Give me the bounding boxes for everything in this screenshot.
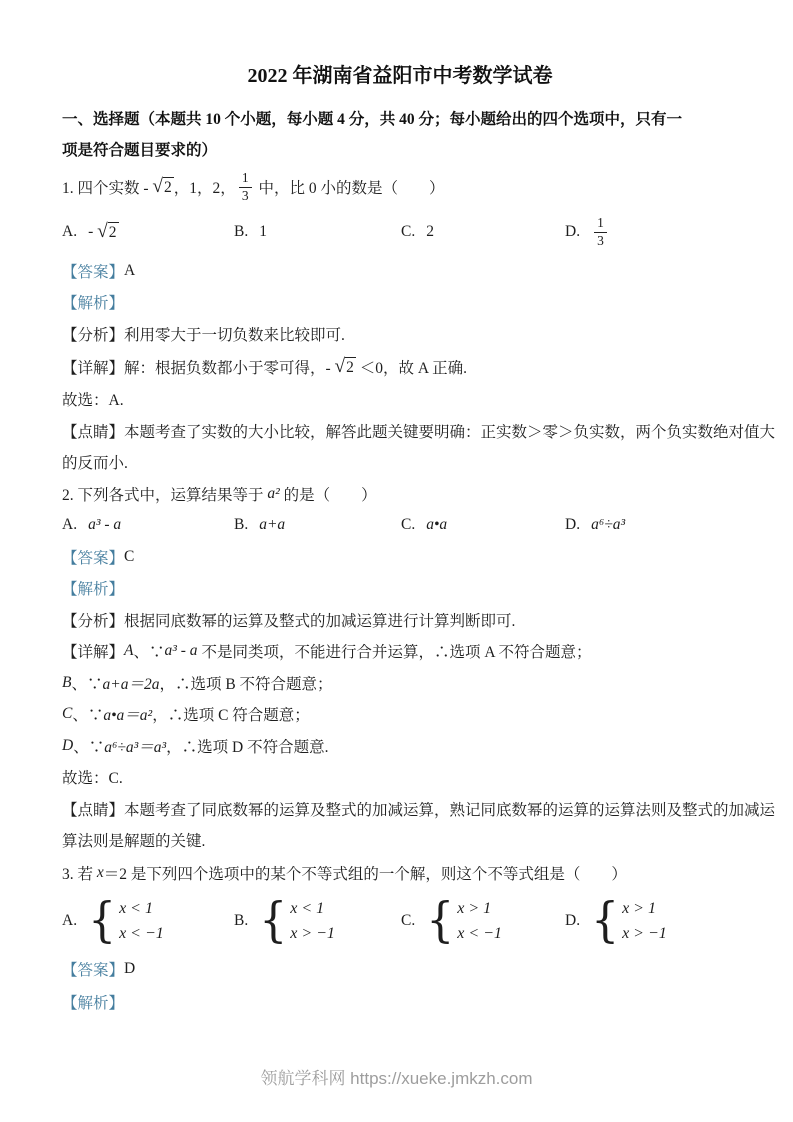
option-label: C. xyxy=(401,912,415,930)
text-span: 的是（ ） xyxy=(280,483,377,505)
text-span: 、∵ xyxy=(72,703,103,725)
text-span: D xyxy=(124,960,135,978)
brace-icon: { xyxy=(259,900,287,943)
radicand: 2 xyxy=(345,357,356,377)
watermark-footer: 领航学科网 https://xueke.jmkzh.com xyxy=(0,1064,793,1089)
option-c: C.{x > 1x < −1 xyxy=(401,896,565,946)
inequality-system: {x > 1x > −1 xyxy=(591,896,667,946)
section-heading-line-1: 一、选择题（本题共 10 个小题，每小题 4 分，共 40 分；每小题给出的四个… xyxy=(62,102,738,134)
option-b: B.a+a xyxy=(234,516,401,534)
text-span: 【分析】根据同底数幂的运算及整式的加减运算进行计算判断即可. xyxy=(62,609,515,631)
math-expression: x xyxy=(97,864,104,882)
sqrt-expression: √2 xyxy=(97,222,118,242)
inequality-row: x < −1 xyxy=(457,921,502,946)
answer-tag: 【答案】 xyxy=(62,958,124,980)
text-span: A xyxy=(124,262,135,280)
answer-tag: 【解析】 xyxy=(62,291,124,313)
math-expression: a⁶÷a³＝a³ xyxy=(104,735,166,757)
fraction-denominator: 3 xyxy=(239,187,252,203)
radical-sign: √ xyxy=(152,177,163,196)
text-span: 算法则是解题的关键. xyxy=(62,829,205,851)
brace-icon: { xyxy=(426,900,454,943)
q2-note-line-2: 算法则是解题的关键. xyxy=(62,825,738,857)
fraction-numerator: 1 xyxy=(594,216,607,231)
text-span: 、∵ xyxy=(71,672,102,694)
math-expression: D xyxy=(62,737,73,755)
inequality-row: x > −1 xyxy=(290,921,335,946)
option-label: A. xyxy=(62,516,77,534)
option-a: A.a³ - a xyxy=(62,516,234,534)
q2-answer-line: 【答案】C xyxy=(62,541,738,573)
brace-icon: { xyxy=(88,900,116,943)
option-c: C.a•a xyxy=(401,516,565,534)
system-rows: x < 1x > −1 xyxy=(290,896,335,946)
text-span: ，∴选项 D 不符合题意. xyxy=(166,735,328,757)
text-span: 项是符合题目要求的） xyxy=(62,138,217,160)
sqrt-expression: √2 xyxy=(335,357,356,377)
inequality-system: {x < 1x > −1 xyxy=(259,896,335,946)
watermark-text: 领航学科网 https://xueke.jmkzh.com xyxy=(260,1069,532,1088)
math-expression: a•a xyxy=(426,516,447,534)
q2-note-line-1: 【点睛】本题考查了同底数幂的运算及整式的加减运算，熟记同底数幂的运算的运算法则及… xyxy=(62,793,738,825)
inequality-row: x > 1 xyxy=(457,896,502,921)
text-span: 故选：C. xyxy=(62,766,123,788)
math-expression: a³ - a xyxy=(88,516,121,534)
math-expression: A xyxy=(124,642,133,660)
text-span: 、∵ xyxy=(133,640,164,662)
brace-icon: { xyxy=(591,900,619,943)
system-rows: x > 1x < −1 xyxy=(457,896,502,946)
question-2-stem: 2. 下列各式中，运算结果等于 a² 的是（ ） xyxy=(62,478,738,510)
q1-detail-line: 【详解】解：根据负数都小于零可得，- √2 ＜0，故 A 正确. xyxy=(62,350,738,384)
system-rows: x > 1x > −1 xyxy=(622,896,667,946)
option-label: B. xyxy=(234,223,248,241)
text-span: 2 xyxy=(426,223,434,241)
text-span: ＜0，故 A 正确. xyxy=(356,356,467,378)
option-d: D.a⁶÷a³ xyxy=(565,516,625,534)
radicand: 2 xyxy=(108,222,119,242)
math-expression: a•a＝a² xyxy=(103,703,152,725)
text-span: C xyxy=(124,548,134,566)
radicand: 2 xyxy=(163,177,174,197)
answer-tag: 【解析】 xyxy=(62,991,124,1013)
text-span: 2. 下列各式中，运算结果等于 xyxy=(62,483,267,505)
option-label: B. xyxy=(234,516,248,534)
q1-analysis-tag-line: 【解析】 xyxy=(62,287,738,319)
q2-detail-line-a: 【详解】A、∵a³ - a 不是同类项，不能进行合并运算，∴选项 A 不符合题意… xyxy=(62,636,738,668)
question-2-options: A.a³ - aB.a+aC.a•aD.a⁶÷a³ xyxy=(62,510,738,542)
option-d: D.{x > 1x > −1 xyxy=(565,896,667,946)
option-d: D.13 xyxy=(565,216,610,247)
fraction: 13 xyxy=(594,216,607,247)
q1-note-line-2: 的反而小. xyxy=(62,447,738,479)
text-span: 一、选择题（本题共 10 个小题，每小题 4 分，共 40 分；每小题给出的四个… xyxy=(62,107,682,129)
text-span: 中，比 0 小的数是（ ） xyxy=(255,176,445,198)
text-span: 【点睛】本题考查了实数的大小比较，解答此题关键要明确：正实数＞零＞负实数，两个负… xyxy=(62,420,775,442)
page-title: 2022 年湖南省益阳市中考数学试卷 xyxy=(62,64,738,88)
text-span: 【分析】利用零大于一切负数来比较即可. xyxy=(62,323,345,345)
option-a: A.- √2 xyxy=(62,222,234,242)
math-expression: C xyxy=(62,705,72,723)
answer-tag: 【解析】 xyxy=(62,577,124,599)
inequality-system: {x > 1x < −1 xyxy=(426,896,502,946)
inequality-row: x > −1 xyxy=(622,921,667,946)
q1-conclusion-line: 故选：A. xyxy=(62,384,738,416)
question-3-options: A.{x < 1x < −1B.{x < 1x > −1C.{x > 1x < … xyxy=(62,890,738,952)
math-expression: a+a＝2a xyxy=(102,672,159,694)
option-label: D. xyxy=(565,223,580,241)
option-b: B.1 xyxy=(234,223,401,241)
option-c: C.2 xyxy=(401,223,565,241)
text-span: 1 xyxy=(259,223,267,241)
q2-analysis-tag-line: 【解析】 xyxy=(62,573,738,605)
option-a: A.{x < 1x < −1 xyxy=(62,896,234,946)
document-body: 一、选择题（本题共 10 个小题，每小题 4 分，共 40 分；每小题给出的四个… xyxy=(62,102,738,1018)
text-span: 1. 四个实数 - xyxy=(62,176,152,198)
q1-answer-line: 【答案】A xyxy=(62,255,738,287)
answer-tag: 【答案】 xyxy=(62,260,124,282)
math-expression: a³ - a xyxy=(165,642,198,660)
section-heading-line-2: 项是符合题目要求的） xyxy=(62,134,738,166)
option-label: B. xyxy=(234,912,248,930)
text-span: 【详解】 xyxy=(62,640,124,662)
text-span: 故选：A. xyxy=(62,388,124,410)
question-3-stem: 3. 若 x＝2 是下列四个选项中的某个不等式组的一个解，则这个不等式组是（ ） xyxy=(62,856,738,890)
fraction-denominator: 3 xyxy=(594,232,607,248)
q2-analysis-line: 【分析】根据同底数幂的运算及整式的加减运算进行计算判断即可. xyxy=(62,604,738,636)
fraction: 13 xyxy=(239,171,252,202)
text-span: ＝2 是下列四个选项中的某个不等式组的一个解，则这个不等式组是（ ） xyxy=(104,862,627,884)
radical-sign: √ xyxy=(97,222,108,241)
math-expression: a² xyxy=(267,485,279,503)
text-span: 3. 若 xyxy=(62,862,97,884)
q1-analysis-line: 【分析】利用零大于一切负数来比较即可. xyxy=(62,318,738,350)
question-1-options: A.- √2B.1C.2D.13 xyxy=(62,209,738,255)
inequality-row: x < 1 xyxy=(290,896,335,921)
q3-analysis-tag-line: 【解析】 xyxy=(62,986,738,1018)
sqrt-expression: √2 xyxy=(152,177,173,197)
inequality-system: {x < 1x < −1 xyxy=(88,896,164,946)
text-span: 、∵ xyxy=(73,735,104,757)
q1-note-line-1: 【点睛】本题考查了实数的大小比较，解答此题关键要明确：正实数＞零＞负实数，两个负… xyxy=(62,415,738,447)
inequality-row: x > 1 xyxy=(622,896,667,921)
option-label: D. xyxy=(565,912,580,930)
text-span: 的反而小. xyxy=(62,451,128,473)
math-expression: B xyxy=(62,674,71,692)
q2-detail-line-b: B、∵a+a＝2a，∴选项 B 不符合题意； xyxy=(62,667,738,699)
inequality-row: x < −1 xyxy=(119,921,164,946)
q2-conclusion-line: 故选：C. xyxy=(62,762,738,794)
option-label: A. xyxy=(62,223,77,241)
option-label: C. xyxy=(401,223,415,241)
option-b: B.{x < 1x > −1 xyxy=(234,896,401,946)
option-label: A. xyxy=(62,912,77,930)
q2-detail-line-d: D、∵a⁶÷a³＝a³，∴选项 D 不符合题意. xyxy=(62,730,738,762)
q2-detail-line-c: C、∵a•a＝a²，∴选项 C 符合题意； xyxy=(62,699,738,731)
text-span: 【详解】解：根据负数都小于零可得，- xyxy=(62,356,335,378)
option-label: D. xyxy=(565,516,580,534)
text-span: ，∴选项 B 不符合题意； xyxy=(159,672,332,694)
option-label: C. xyxy=(401,516,415,534)
radical-sign: √ xyxy=(335,357,346,376)
math-expression: a+a xyxy=(259,516,285,534)
text-span: 【点睛】本题考查了同底数幂的运算及整式的加减运算，熟记同底数幂的运算的运算法则及… xyxy=(62,798,775,820)
answer-tag: 【答案】 xyxy=(62,546,124,568)
question-1-stem: 1. 四个实数 - √2，1，2，13 中，比 0 小的数是（ ） xyxy=(62,165,738,209)
math-expression: a⁶÷a³ xyxy=(591,516,625,534)
text-span: 不是同类项，不能进行合并运算，∴选项 A 不符合题意； xyxy=(198,640,592,662)
text-span: ，1，2， xyxy=(174,176,236,198)
fraction-numerator: 1 xyxy=(239,171,252,186)
system-rows: x < 1x < −1 xyxy=(119,896,164,946)
inequality-row: x < 1 xyxy=(119,896,164,921)
text-span: - xyxy=(88,223,97,241)
q3-answer-line: 【答案】D xyxy=(62,952,738,986)
text-span: ，∴选项 C 符合题意； xyxy=(152,703,310,725)
exam-page: 2022 年湖南省益阳市中考数学试卷 一、选择题（本题共 10 个小题，每小题 … xyxy=(0,0,793,1018)
